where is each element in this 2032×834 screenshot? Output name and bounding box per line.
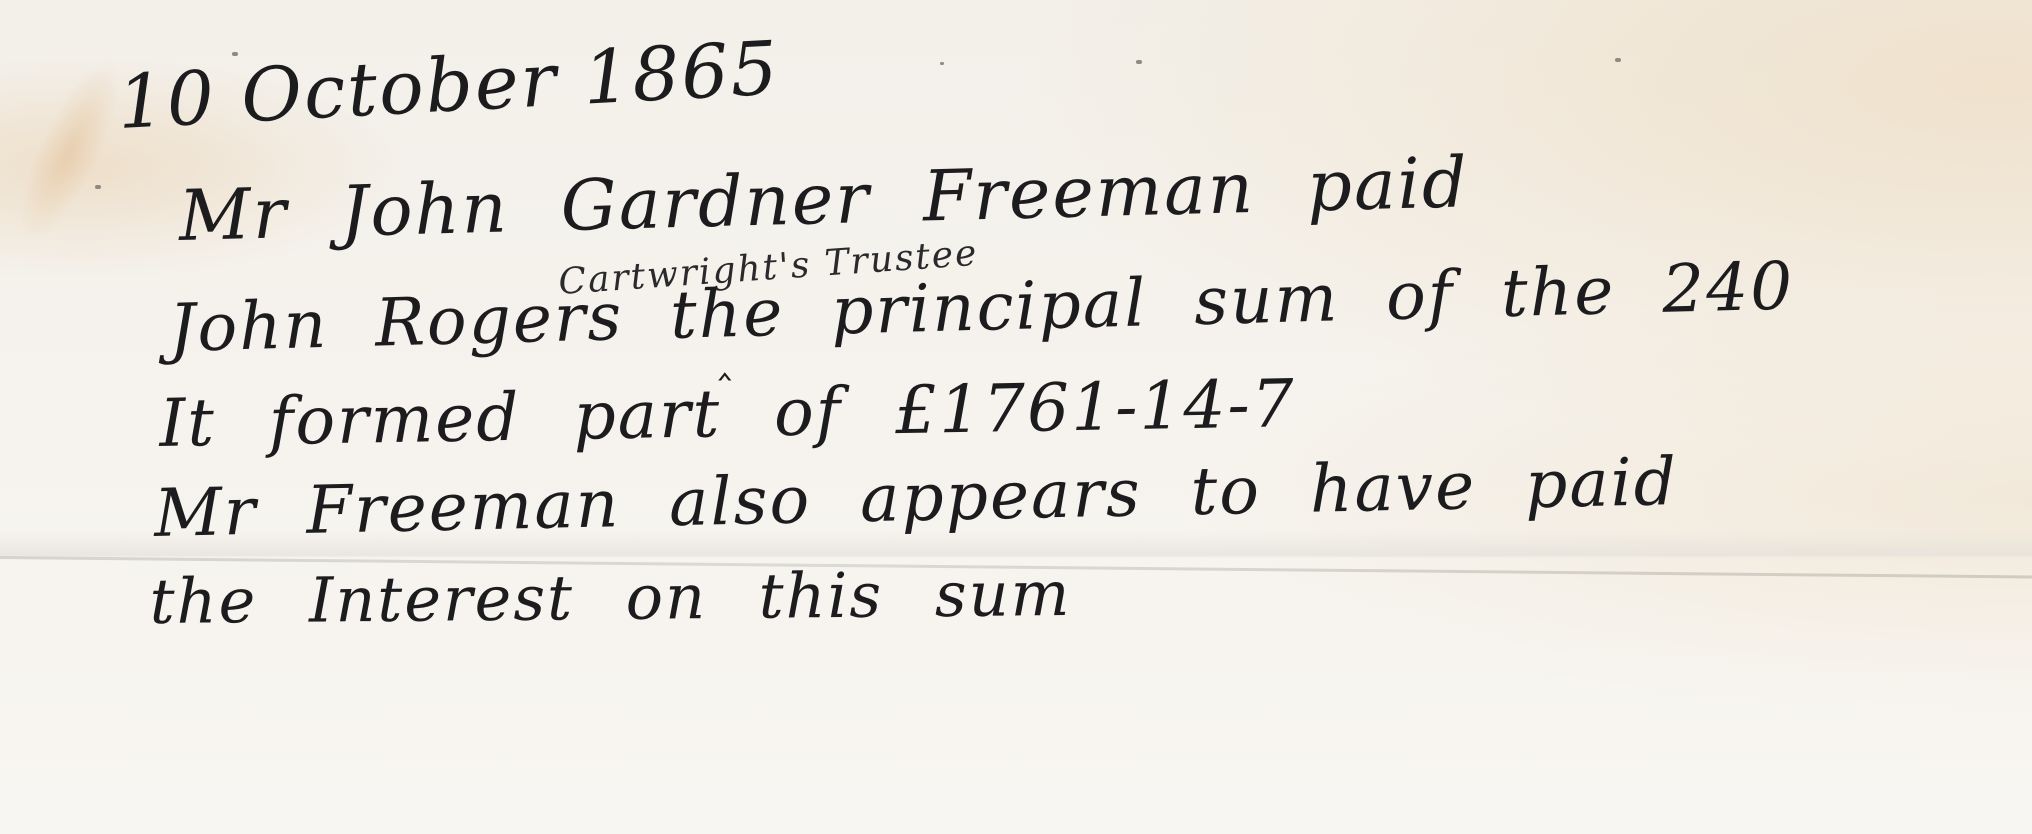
date-line: 10 October 1865 bbox=[115, 25, 781, 146]
text-line-1: Mr John Gardner Freeman paid bbox=[178, 141, 1470, 257]
text-line-3: It formed part of £1761-14-7 bbox=[159, 365, 1297, 462]
text-line-2: John Rogers the principal sum of the 240 bbox=[168, 247, 1795, 367]
text-line-5: the Interest on this sum bbox=[149, 557, 1071, 638]
pinhole-mark bbox=[1136, 60, 1142, 64]
pinhole-mark bbox=[95, 185, 101, 189]
pinhole-mark bbox=[940, 62, 944, 65]
document-page: 10 October 1865 Mr John Gardner Freeman … bbox=[0, 0, 2032, 834]
pinhole-mark bbox=[1615, 58, 1621, 62]
